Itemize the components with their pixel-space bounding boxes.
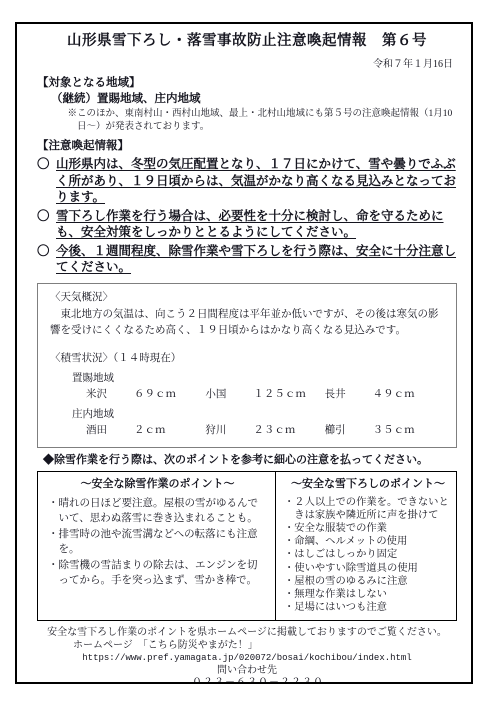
station-row: 米沢 ６９ｃｍ 小国 １２５ｃｍ 長井 ４９ｃｍ bbox=[50, 387, 444, 403]
station: 長井 ４９ｃｍ bbox=[325, 387, 444, 403]
station-depth: ２３ｃｍ bbox=[253, 423, 295, 439]
advisory-item: 〇 山形県内は、冬型の気圧配置となり、１７日にかけて、雪や曇りでふぶく所があり、… bbox=[37, 156, 457, 206]
station-depth: ６９ｃｍ bbox=[134, 387, 176, 403]
homepage-label: ホームページ 「こちら防災やまがた！」 bbox=[37, 640, 457, 653]
point-item: ・除雪機の雪詰まりの除去は、エンジンを切ってから。手を突っ込まず、雪かき棒で。 bbox=[48, 558, 267, 589]
station: 米沢 ６９ｃｍ bbox=[86, 387, 205, 403]
safety-points-box: ～安全な除雪作業のポイント～ ・晴れの日ほど要注意。屋根の雪がゆるんでいて、思わ… bbox=[37, 471, 457, 622]
circle-marker-icon: 〇 bbox=[37, 208, 56, 241]
document-frame: 山形県雪下ろし・落雪事故防止注意喚起情報 第６号 令和７年１月16日 【対象とな… bbox=[15, 22, 473, 684]
homepage-url: https://www.pref.yamagata.jp/020072/bosa… bbox=[37, 652, 457, 665]
advisory-heading: 【注意喚起情報】 bbox=[37, 138, 457, 154]
contact-heading: 問い合わせ先 bbox=[37, 665, 457, 677]
station-name: 櫛引 bbox=[325, 423, 373, 439]
page-title: 山形県雪下ろし・落雪事故防止注意喚起情報 第６号 bbox=[37, 32, 457, 50]
station-depth: ２ｃｍ bbox=[134, 423, 166, 439]
weather-summary: 東北地方の気温は、向こう２日間程度は平年並か低いですが、その後は寒気の影響を受け… bbox=[50, 307, 444, 339]
point-item: ・足場にはいつも注意 bbox=[284, 601, 452, 614]
weather-heading: 〈天気概況〉 bbox=[50, 290, 444, 306]
advisory-item: 〇 雪下ろし作業を行う場合は、必要性を十分に検討し、命を守るためにも、安全対策を… bbox=[37, 208, 457, 241]
station-depth: １２５ｃｍ bbox=[253, 387, 306, 403]
point-item: ・使いやすい除雪道具の使用 bbox=[284, 562, 452, 575]
region-name: 庄内地域 bbox=[50, 407, 444, 423]
advisory-item-text: 雪下ろし作業を行う場合は、必要性を十分に検討し、命を守るためにも、安全対策をしっ… bbox=[56, 208, 457, 241]
station-name: 小国 bbox=[205, 387, 253, 403]
points-intro: ◆除雪作業を行う際は、次のポイントを参考に細心の注意を払ってください。 bbox=[37, 453, 457, 468]
station-depth: ４９ｃｍ bbox=[373, 387, 415, 403]
panel-header: ～安全な除雪作業のポイント～ bbox=[48, 477, 267, 492]
point-item: ・はしごはしっかり固定 bbox=[284, 548, 452, 561]
station: 酒田 ２ｃｍ bbox=[86, 423, 205, 439]
target-area-heading: 【対象となる地域】 bbox=[37, 75, 457, 91]
advisory-item-text: 今後、１週間程度、除雪作業や雪下ろしを行う際は、安全に十分注意してください。 bbox=[56, 243, 457, 276]
issue-date: 令和７年１月16日 bbox=[37, 58, 453, 71]
station: 狩川 ２３ｃｍ bbox=[205, 423, 324, 439]
circle-marker-icon: 〇 bbox=[37, 156, 56, 206]
point-item: ・排雪時の池や流雪溝などへの転落にも注意を。 bbox=[48, 527, 267, 558]
point-item: ・安全な服装での作業 bbox=[284, 522, 452, 535]
station: 櫛引 ３５ｃｍ bbox=[325, 423, 444, 439]
footer: 安全な雪下ろし作業のポイントを県ホームページに掲載しておりますのでご覧ください。… bbox=[37, 627, 457, 684]
point-item: ・無理な作業はしない bbox=[284, 588, 452, 601]
station-depth: ３５ｃｍ bbox=[373, 423, 415, 439]
station-name: 米沢 bbox=[86, 387, 134, 403]
point-item: ・２人以上での作業を。できないときは家族や隣近所に声を掛けて bbox=[284, 496, 452, 522]
panel-header: ～安全な雪下ろしのポイント～ bbox=[284, 477, 452, 492]
snow-removal-points-panel: ～安全な除雪作業のポイント～ ・晴れの日ほど要注意。屋根の雪がゆるんでいて、思わ… bbox=[38, 472, 276, 621]
footer-notice: 安全な雪下ろし作業のポイントを県ホームページに掲載しておりますのでご覧ください。 bbox=[37, 627, 457, 640]
station: 小国 １２５ｃｍ bbox=[205, 387, 324, 403]
station-name: 長井 bbox=[325, 387, 373, 403]
station-name: 酒田 bbox=[86, 423, 134, 439]
snowfall-heading: 〈積雪状況〉（１４時現在） bbox=[50, 351, 444, 367]
weather-and-snow-box: 〈天気概況〉 東北地方の気温は、向こう２日間程度は平年並か低いですが、その後は寒… bbox=[37, 283, 457, 448]
station-row: 酒田 ２ｃｍ 狩川 ２３ｃｍ 櫛引 ３５ｃｍ bbox=[50, 423, 444, 439]
phone-number: ０２３－６３０－２２３０ bbox=[37, 677, 457, 684]
target-area-note: ※このほか、東南村山・西村山地域、最上・北村山地域にも第５号の注意喚起情報（1月… bbox=[37, 108, 457, 134]
target-area-value: （継続）置賜地域、庄内地域 bbox=[37, 91, 457, 107]
point-item: ・晴れの日ほど要注意。屋根の雪がゆるんでいて、思わぬ落雪に巻き込まれることも。 bbox=[48, 496, 267, 527]
point-item: ・命綱、ヘルメットの使用 bbox=[284, 535, 452, 548]
region-name: 置賜地域 bbox=[50, 371, 444, 387]
circle-marker-icon: 〇 bbox=[37, 243, 56, 276]
advisory-item-text: 山形県内は、冬型の気圧配置となり、１７日にかけて、雪や曇りでふぶく所があり、１９… bbox=[56, 156, 457, 206]
roof-clearing-points-panel: ～安全な雪下ろしのポイント～ ・２人以上での作業を。できないときは家族や隣近所に… bbox=[276, 472, 456, 621]
station-name: 狩川 bbox=[205, 423, 253, 439]
point-item: ・屋根の雪のゆるみに注意 bbox=[284, 575, 452, 588]
advisory-item: 〇 今後、１週間程度、除雪作業や雪下ろしを行う際は、安全に十分注意してください。 bbox=[37, 243, 457, 276]
